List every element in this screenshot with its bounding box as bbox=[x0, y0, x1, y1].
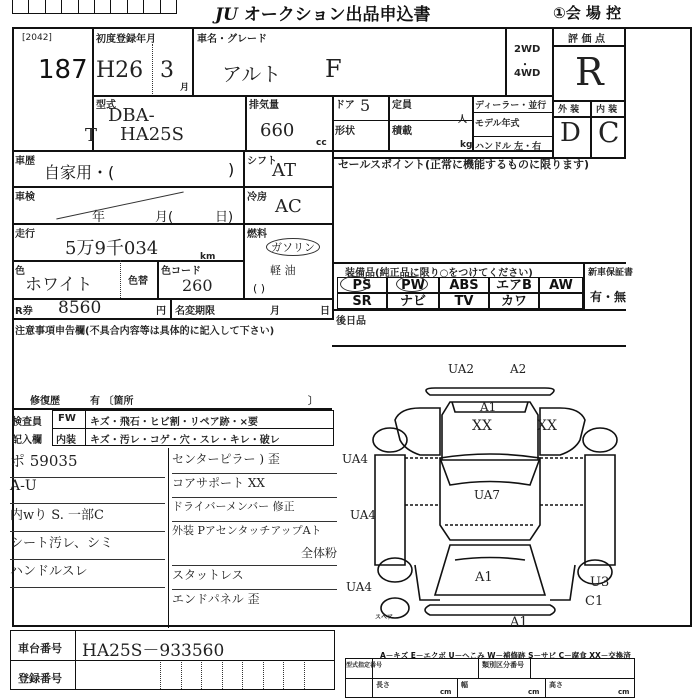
interior-grade: C bbox=[598, 116, 619, 149]
length-label: 長さ bbox=[376, 680, 390, 690]
interior-label-ins: 内装 bbox=[56, 431, 76, 446]
title-text: オークション出品申込書 bbox=[244, 5, 431, 25]
equip-leather: カワ bbox=[489, 293, 539, 309]
equip-abs: ABS bbox=[439, 277, 489, 293]
width-label: 幅 bbox=[461, 680, 468, 690]
recycle-label: R券 bbox=[15, 302, 33, 317]
color-code: 260 bbox=[182, 276, 213, 295]
car-name: アルト bbox=[222, 58, 281, 87]
mileage-label: 走行 bbox=[15, 225, 35, 240]
copy-label: ①会 場 控 bbox=[553, 2, 621, 23]
color-code-label: 色コード bbox=[161, 262, 201, 277]
equipment-table: PS PW ABS エアB AW SR ナビ TV カワ bbox=[337, 277, 583, 309]
warranty-label: 新車保証書 bbox=[588, 265, 633, 278]
mark-a1-bumper: A1 bbox=[510, 615, 528, 630]
lot-number: 187 bbox=[38, 55, 88, 85]
score-value: R bbox=[575, 50, 604, 94]
fw-label: FW bbox=[58, 413, 76, 424]
mileage-value: 5万9千034 bbox=[65, 234, 158, 260]
inspection-label: 車検 bbox=[15, 188, 35, 203]
inspector-notes-left: ポ 59035 A-U 内wり S. 一部C シート汚レ、シミ ハンドルスレ bbox=[10, 450, 165, 588]
class-label: 類別区分番号 bbox=[482, 660, 524, 670]
chassis-number: HA25S－933560 bbox=[82, 636, 224, 661]
interior-label: 内 装 bbox=[596, 102, 617, 115]
drive-4wd: 4WD bbox=[514, 68, 540, 79]
equip-sr: SR bbox=[337, 293, 387, 309]
mark-ua2: UA2 bbox=[448, 362, 474, 376]
repair-label: 修復歴 bbox=[30, 392, 60, 407]
fuel-diesel: 軽 油 bbox=[270, 262, 296, 278]
first-reg-month: 3 bbox=[160, 58, 174, 83]
model-line1: DBA- bbox=[108, 105, 155, 126]
equip-tv: TV bbox=[439, 293, 489, 309]
notes-title: 注意事項申告欄(不具合内容等は具体的に記入して下さい) bbox=[15, 322, 274, 337]
door-count: 5 bbox=[360, 96, 370, 115]
equip-ps-circle bbox=[340, 276, 370, 292]
fuel-label: 燃料 bbox=[247, 225, 267, 240]
mark-ua4-2: UA4 bbox=[350, 508, 376, 522]
usage-value: 自家用・( bbox=[44, 160, 114, 183]
model-year-label: モデル年式 bbox=[475, 116, 520, 129]
displacement: 660 bbox=[260, 120, 294, 141]
score-label: 評 価 点 bbox=[568, 30, 605, 45]
fuel-gasoline: ガソリン bbox=[266, 238, 320, 256]
displacement-label: 排気量 bbox=[249, 96, 279, 111]
grade: F bbox=[325, 55, 342, 83]
model-mark: T bbox=[85, 125, 97, 146]
lot-prefix: [2042] bbox=[22, 33, 52, 43]
exterior-label: 外 装 bbox=[558, 102, 579, 115]
repair-value: 有 〔箇所 bbox=[90, 392, 133, 407]
inspector-label2: 記入欄 bbox=[12, 431, 42, 446]
equip-pw-circle bbox=[396, 276, 428, 292]
equip-aw: AW bbox=[539, 277, 583, 293]
form-title: JU オークション出品申込書 bbox=[215, 0, 430, 25]
ac-label: 冷房 bbox=[247, 188, 267, 203]
inspector-notes-right: センターピラー ) 歪 コアサポート XX ドライバーメンバー 修正 外装 Pア… bbox=[172, 450, 337, 612]
usage-label: 車歴 bbox=[15, 152, 35, 167]
fw-items: キズ・飛石・ヒビ割・リペア跡・×要 bbox=[90, 413, 258, 428]
mark-c1: C1 bbox=[585, 594, 603, 609]
warranty-value: 有・無 bbox=[590, 288, 626, 305]
dealer-label: ディーラー・並行 bbox=[475, 98, 546, 111]
exterior-grade: D bbox=[560, 118, 581, 148]
mark-ua4-1: UA4 bbox=[342, 452, 368, 466]
color-label: 色 bbox=[15, 262, 25, 277]
equip-navi: ナビ bbox=[387, 293, 439, 309]
handle-label: ハンドル 左・右 bbox=[475, 139, 541, 152]
registration-label: 登録番号 bbox=[18, 670, 62, 686]
shape-label: 形状 bbox=[335, 122, 355, 137]
mark-ua7: UA7 bbox=[474, 488, 500, 502]
fuel-other: ( ) bbox=[253, 282, 265, 295]
color-change-label: 色替 bbox=[128, 272, 148, 287]
equip-airbag: エアB bbox=[489, 277, 539, 293]
first-reg-year: H26 bbox=[96, 58, 143, 83]
model-line2: HA25S bbox=[120, 124, 184, 145]
mark-a2: A2 bbox=[510, 362, 526, 376]
load-label: 積載 bbox=[392, 122, 412, 137]
capacity-label: 定員 bbox=[392, 96, 412, 111]
drive-2wd: 2WD bbox=[514, 44, 540, 55]
interior-items: キズ・汚レ・コゲ・穴・スレ・キレ・破レ bbox=[90, 431, 280, 446]
logo: JU bbox=[215, 5, 238, 25]
equip-blank bbox=[539, 293, 583, 309]
inspector-label1: 検査員 bbox=[12, 413, 42, 428]
mark-xx-1: XX bbox=[472, 418, 492, 434]
type-designation-label: 型式指定番号 bbox=[346, 660, 382, 669]
mark-xx-2: XX bbox=[537, 418, 557, 434]
ac-value: AC bbox=[275, 196, 302, 217]
car-name-label: 車名・グレード bbox=[197, 30, 267, 45]
door-label: ドア bbox=[335, 96, 355, 111]
mark-a1-rear: A1 bbox=[475, 570, 493, 585]
mark-a1-front: A1 bbox=[480, 400, 496, 414]
shift-value: AT bbox=[272, 160, 296, 181]
name-change-label: 名変期限 bbox=[175, 302, 215, 317]
chassis-label: 車台番号 bbox=[18, 640, 62, 656]
first-reg-label: 初度登録年月 bbox=[96, 30, 156, 45]
aftermarket-label: 後日品 bbox=[336, 312, 366, 327]
header-grid bbox=[12, 0, 177, 14]
recycle-fee: 8560 bbox=[58, 298, 101, 318]
sales-point-title: セールスポイント(正常に機能するものに限ります) bbox=[338, 156, 589, 172]
spare-label: スペア bbox=[375, 612, 393, 621]
mark-u3: U3 bbox=[590, 575, 609, 590]
color-value: ホワイト bbox=[25, 270, 93, 295]
height-label: 高さ bbox=[549, 680, 563, 690]
mark-ua4-3: UA4 bbox=[346, 580, 372, 594]
